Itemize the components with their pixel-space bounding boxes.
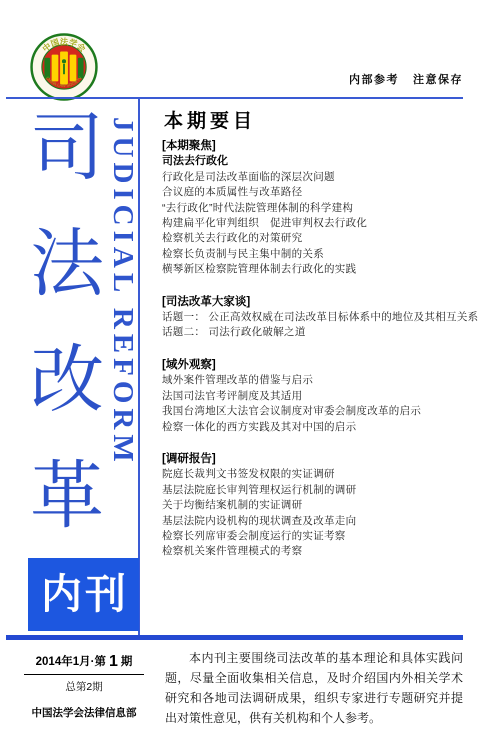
toc-section-header: [域外观察] [162,358,464,373]
toc-section-header: [本期聚焦] [162,139,464,154]
toc-item: “去行政化”时代法院管理体制的科学建构 [162,201,464,216]
toc-section-subtitle: 司法去行政化 [162,154,464,169]
toc-item: 基层法院庭长审判管理权运行机制的调研 [162,483,464,498]
issue-suffix: 期 [121,656,133,668]
toc-item: 话题一： 公正高效权威在司法改革目标体系中的地位及其相互关系 [162,310,464,325]
toc-item: 话题二： 司法行政化破解之道 [162,325,464,340]
toc-section-header: [司法改革大家谈] [162,295,464,310]
classification-notice: 内部参考注意保存 [349,71,463,87]
toc-item: 院庭长裁判文书签发权限的实证调研 [162,467,464,482]
title-char-4: 革 [30,460,104,534]
china-law-society-logo-icon: 中国法学会 CHINA LAW SOCIETY [30,33,98,101]
title-char-3: 改 [30,344,104,418]
toc-section-overseas: [域外观察] 域外案件管理改革的借鉴与启示 法国司法官考评制度及其适用 我国台湾… [162,358,464,435]
toc-item: 检察长列席审委会制度运行的实证考察 [162,529,464,544]
toc-item: 域外案件管理改革的借鉴与启示 [162,373,464,388]
title-char-1: 司 [30,112,104,186]
notice-internal-reference: 内部参考 [349,74,399,86]
issue-number: 1 [109,653,118,670]
toc-section-header: [调研报告] [162,452,464,467]
top-rule-divider [6,97,463,99]
toc-title: 本期要目 [164,106,256,133]
toc-item: 检察机关案件管理模式的考察 [162,544,464,559]
journal-description: 本内刊主要围绕司法改革的基本理论和具体实践问题，尽量全面收集相关信息，及时介绍国… [165,648,463,728]
toc-item: 基层法院内设机构的现状调查及改革走向 [162,514,464,529]
toc-item: 我国台湾地区大法官会议制度对审委会制度改革的启示 [162,404,464,419]
title-char-2: 法 [30,228,104,302]
toc-list: [本期聚焦] 司法去行政化 行政化是司法改革面临的深层次问题 合议庭的本质属性与… [162,139,464,560]
toc-item: 法国司法官考评制度及其适用 [162,389,464,404]
toc-section-focus: [本期聚焦] 司法去行政化 行政化是司法改革面临的深层次问题 合议庭的本质属性与… [162,139,464,278]
bottom-rule-divider [6,635,463,640]
toc-item: 行政化是司法改革面临的深层次问题 [162,170,464,185]
issue-info: 2014年1月·第1期 总第2期 [24,653,144,694]
badge-label: 内刊 [38,574,129,615]
toc-section-forum: [司法改革大家谈] 话题一： 公正高效权威在司法改革目标体系中的地位及其相互关系… [162,295,464,341]
toc-item: 检察机关去行政化的对策研究 [162,231,464,246]
internal-publication-badge: 内刊 [28,558,139,631]
toc-item: 关于均衡结案机制的实证调研 [162,498,464,513]
toc-item: 合议庭的本质属性与改革路径 [162,185,464,200]
publisher: 中国法学会法律信息部 [24,705,144,720]
toc-item: 构建扁平化审判组织 促进审判权去行政化 [162,216,464,231]
journal-title-chinese: 司 法 改 革 [28,112,106,534]
journal-title-english: JUDICIAL REFORM [106,117,139,467]
notice-keep-safe: 注意保存 [413,74,463,86]
issue-date: 2014年1月·第 [36,656,106,668]
issue-line: 2014年1月·第1期 [24,653,144,675]
toc-item: 检察长负责制与民主集中制的关系 [162,247,464,262]
toc-item: 检察一体化的西方实践及其对中国的启示 [162,420,464,435]
toc-item: 横琴新区检察院管理体制去行政化的实践 [162,262,464,277]
issue-total: 总第2期 [24,679,144,694]
toc-section-research: [调研报告] 院庭长裁判文书签发权限的实证调研 基层法院庭长审判管理权运行机制的… [162,452,464,560]
journal-cover: 中国法学会 CHINA LAW SOCIETY 内部参考注意保存 司 法 改 革… [0,0,500,743]
